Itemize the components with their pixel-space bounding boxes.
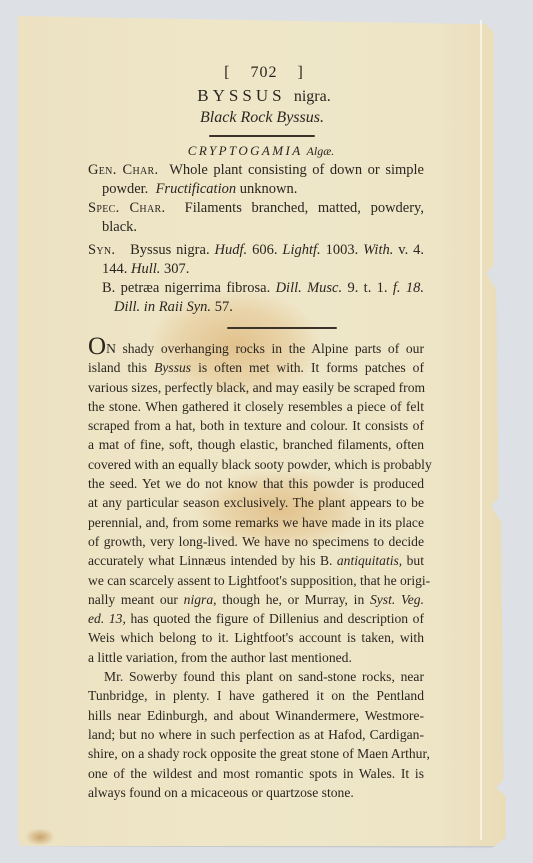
gen-char-italic: Fructification <box>156 181 237 197</box>
synonym-ref: Lightf. <box>282 242 325 258</box>
italic-term: Byssus <box>154 360 191 375</box>
synonym-ref: B. petræa nigerrima fibrosa. <box>102 280 276 296</box>
italic-term: nigra <box>184 592 213 607</box>
text-line: of growth, very long-lived. We have no s… <box>88 532 424 551</box>
synonym-ref: f. 18. <box>393 280 424 296</box>
synonym-ref: 9. t. 1. <box>347 280 392 296</box>
common-name: Black Rock Byssus. <box>100 109 424 127</box>
text-line: at any particular season exclusively. Th… <box>88 493 424 512</box>
text-line: Weis which belong to it. Lightfoot's acc… <box>88 628 424 647</box>
classification: CRYPTOGAMIAAlgæ. <box>98 143 424 159</box>
italic-term: ed. 13 <box>88 611 122 626</box>
description-paragraph: ON shady overhanging rocks in the Alpine… <box>88 339 424 667</box>
synonym-ref: 1003. <box>326 242 364 258</box>
synonym-ref: 307. <box>164 261 189 277</box>
synonym-ref: With. <box>363 242 398 258</box>
synonym-ref: Byssus nigra. <box>130 242 214 258</box>
gen-char-label: Gen. Char. <box>88 162 158 178</box>
divider <box>209 135 315 137</box>
page-number: [702] <box>104 64 424 82</box>
foxing-stain <box>25 828 55 846</box>
spec-char-text: Filaments branched, matted, powdery, <box>185 200 424 216</box>
text-line: ed. 13, has quoted the figure of Dilleni… <box>88 609 424 628</box>
synonyms: Syn. Byssus nigra. Hudf. 606. Lightf. 10… <box>88 241 424 279</box>
synonym-ref: 57. <box>215 299 233 315</box>
text-line: island this Byssus is often met with. It… <box>88 358 424 377</box>
generic-character: Gen. Char. Whole plant consisting of dow… <box>88 161 424 199</box>
text-line: a mat of fine, soft, though elastic, bra… <box>88 435 424 454</box>
divider <box>227 327 337 329</box>
characters-section: Gen. Char. Whole plant consisting of dow… <box>88 161 424 317</box>
synonym-dillenius: B. petræa nigerrima fibrosa. Dill. Musc.… <box>88 279 424 317</box>
text-line: the stone. When gathered it closely rese… <box>88 397 424 416</box>
genus-name: BYSSUS <box>197 86 285 105</box>
habitat-paragraph: Mr. Sowerby found this plant on sand-sto… <box>88 667 424 802</box>
page-fold-line <box>480 20 482 840</box>
text-line: we can scarcely assent to Lightfoot's su… <box>88 571 424 590</box>
spec-char-label: Spec. Char. <box>88 200 165 216</box>
synonym-ref: Dill. in Raii Syn. <box>114 299 215 315</box>
text-line: various sizes, perfectly black, and may … <box>88 378 424 397</box>
italic-term: Syst. Veg. <box>370 592 424 607</box>
species-title: BYSSUS nigra. <box>104 86 424 106</box>
page-content: [702] BYSSUS nigra. Black Rock Byssus. C… <box>88 64 424 802</box>
class-name: CRYPTOGAMIA <box>188 143 303 158</box>
syn-label: Syn. <box>88 242 115 258</box>
text-line: one of the wildest and most romantic spo… <box>88 764 424 783</box>
text-line: nally meant our nigra, though he, or Mur… <box>88 590 424 609</box>
text-line: covered with an equally black sooty powd… <box>88 455 424 474</box>
italic-term: antiquitatis <box>337 553 399 568</box>
syn-line-3: B. petræa nigerrima fibrosa. Dill. Musc.… <box>102 280 393 296</box>
synonym-ref: Dill. Musc. <box>276 280 348 296</box>
text-line: perennial, and, from some remarks we hav… <box>88 513 424 532</box>
drop-cap: O <box>88 333 106 360</box>
text-line: the seed. Yet we do not know that this p… <box>88 474 424 493</box>
text-line: Mr. Sowerby found this plant on sand-sto… <box>88 667 424 686</box>
text-line: always found on a micaceous or quartzose… <box>88 783 424 802</box>
text-line: hills near Edinburgh, and about Winander… <box>88 706 424 725</box>
text-line: a little variation, from the author last… <box>88 648 424 667</box>
gen-char-text-3: unknown. <box>240 181 298 197</box>
text-line: land; but no where in such perfection as… <box>88 725 424 744</box>
specific-character: Spec. Char. Filaments branched, matted, … <box>88 199 424 237</box>
gen-char-text: Whole plant consisting of down or <box>169 162 380 178</box>
text-line: scraped from a hat, both in texture and … <box>88 416 424 435</box>
synonym-ref: 606. <box>252 242 282 258</box>
synonym-ref: Hull. <box>131 261 164 277</box>
spec-char-text-2: black. <box>102 219 137 235</box>
order-name: Algæ. <box>307 144 335 158</box>
text-line: accurately what Linnæus intended by his … <box>88 551 424 570</box>
page-number-value: 702 <box>251 64 278 81</box>
text-line: ON shady overhanging rocks in the Alpine… <box>88 339 424 358</box>
synonym-ref: Hudf. <box>215 242 253 258</box>
syn-line-1: Byssus nigra. Hudf. 606. Lightf. 1003. <box>130 242 363 258</box>
text-line: Tunbridge, in plenty. I have gathered it… <box>88 686 424 705</box>
species-name: nigra. <box>294 88 331 105</box>
text-line: shire, on a shady rock opposite the grea… <box>88 744 424 763</box>
